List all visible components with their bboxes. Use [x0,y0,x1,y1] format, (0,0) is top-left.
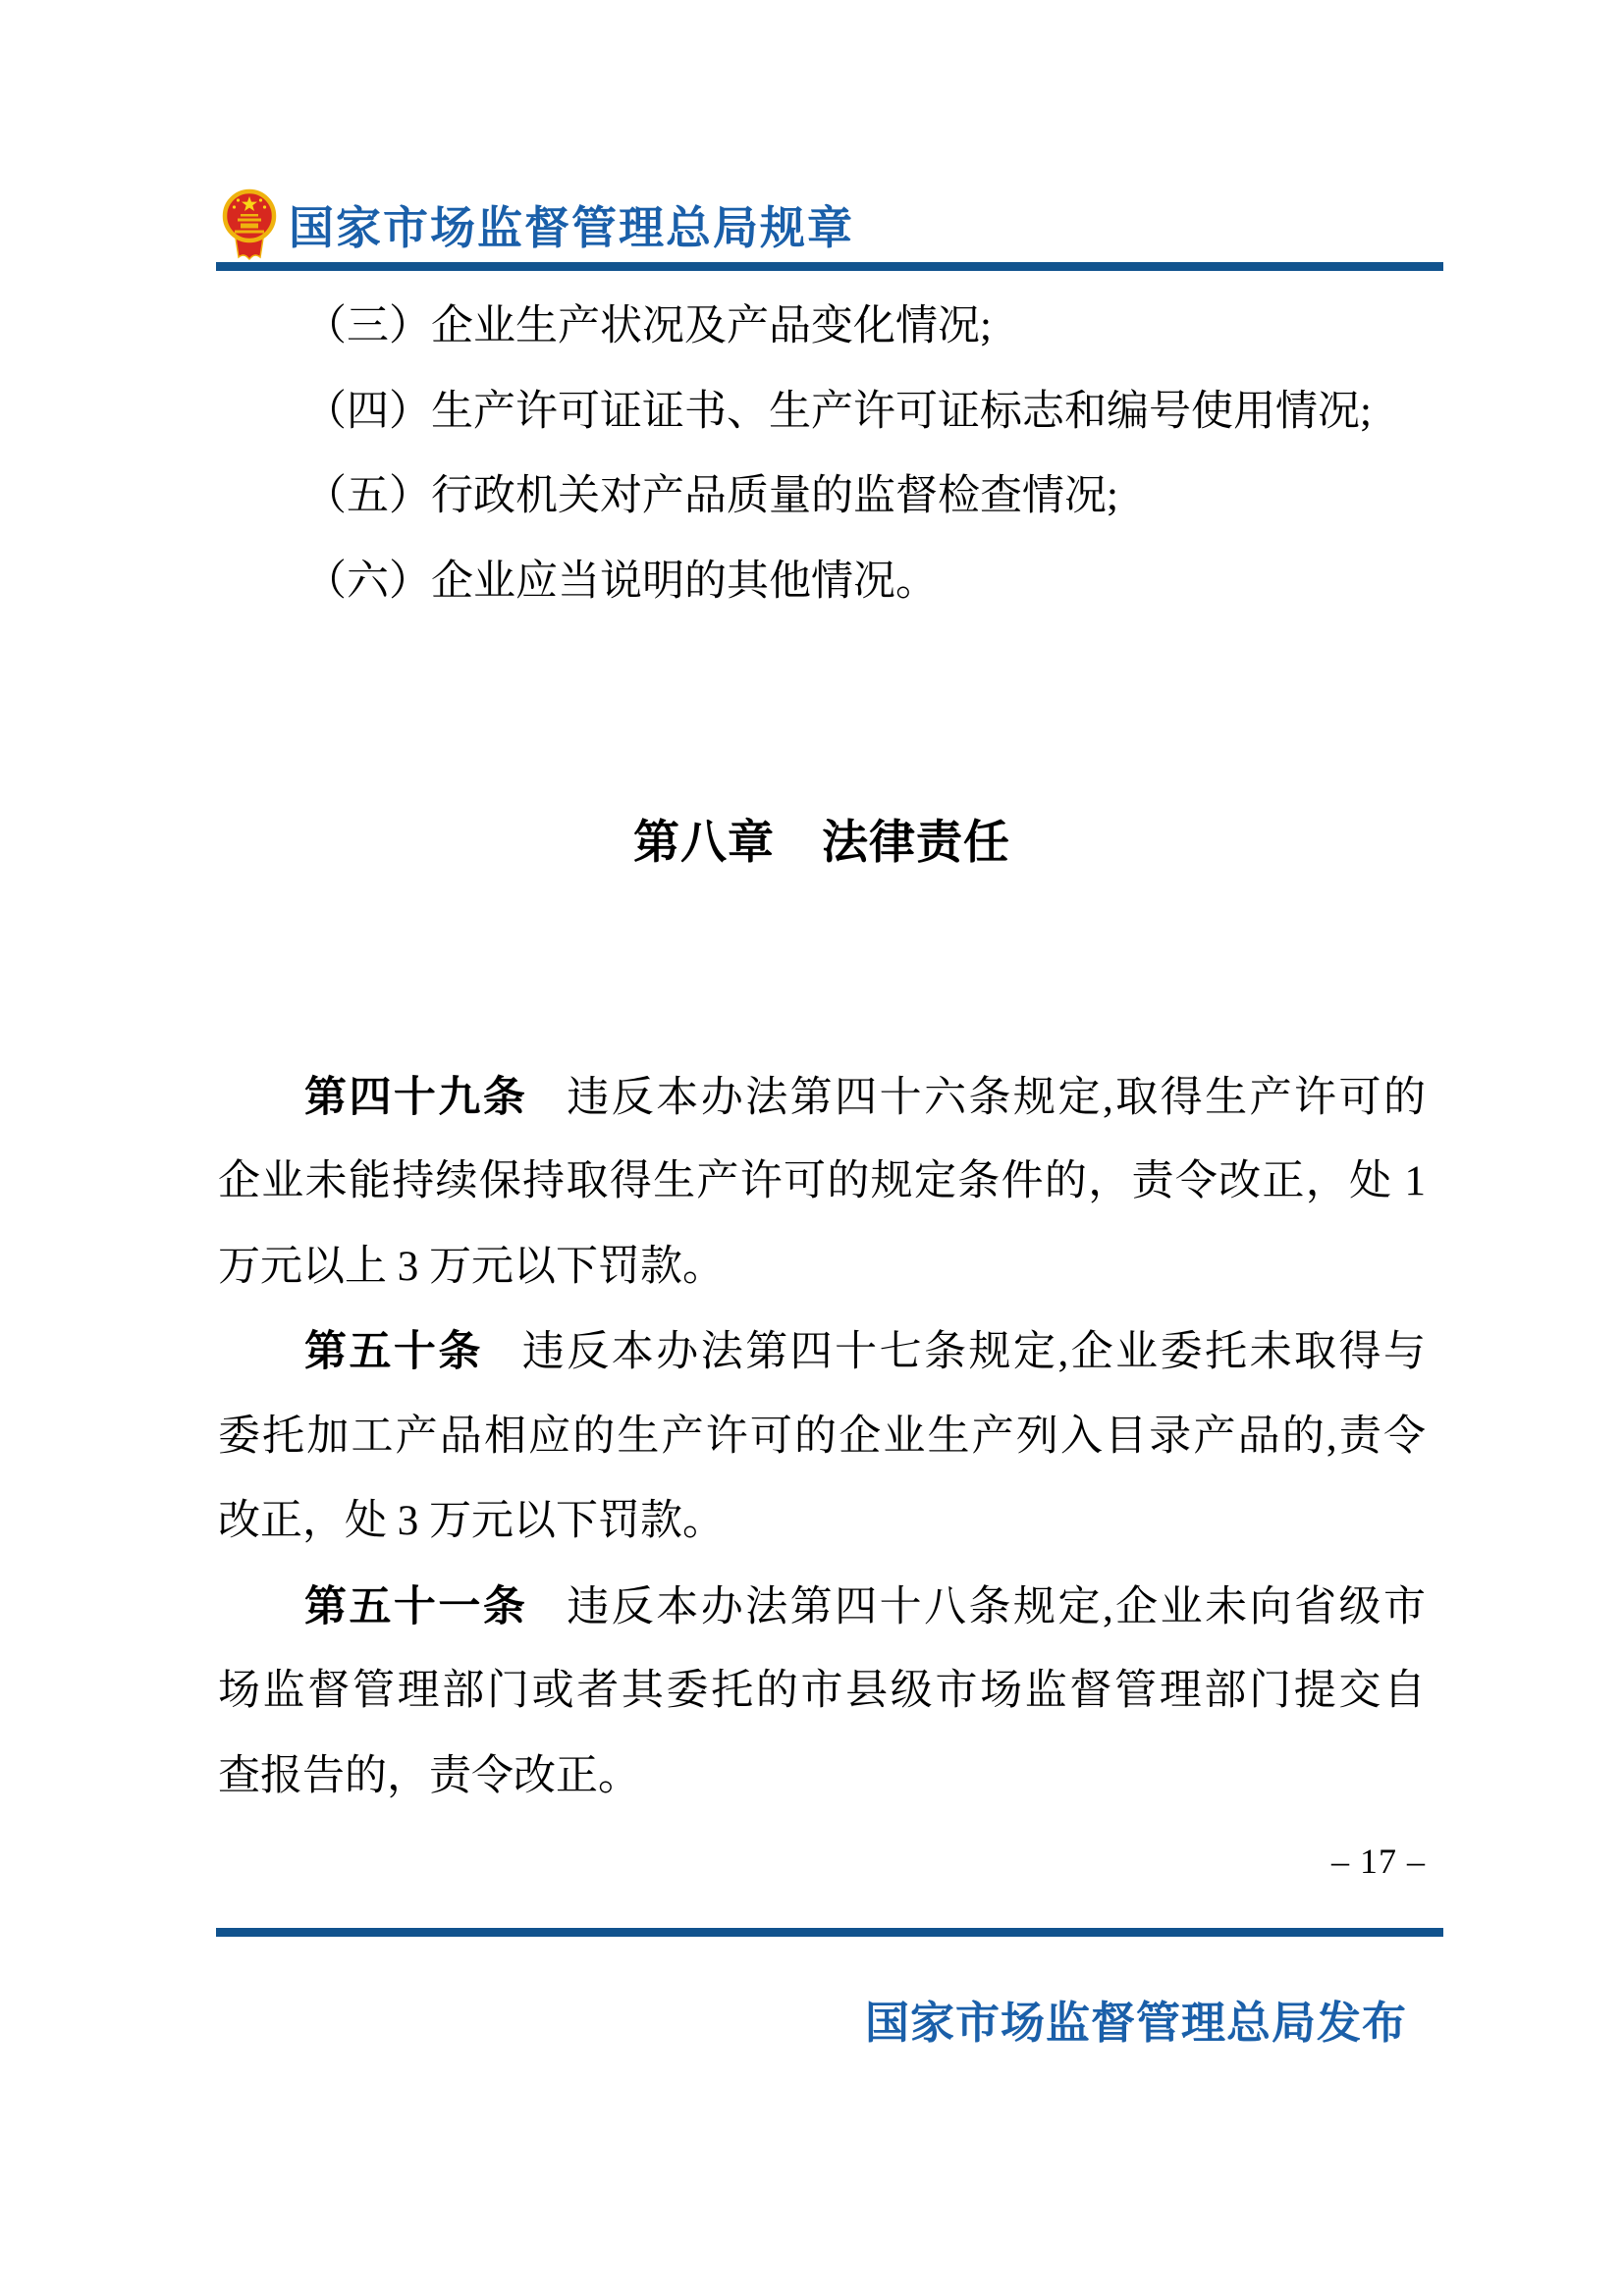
article-number: 第五十一条 [304,1583,527,1630]
list-item-6: （六）企业应当说明的其他情况。 [218,540,1426,625]
header-title: 国家市场监督管理总局规章 [289,192,854,257]
article-text: 违反本办法第四十六条规定,取得生产许可的 [567,1075,1426,1121]
article-line: 万元以上 3 万元以下罚款。 [218,1225,1426,1310]
footer-rule [216,1928,1443,1937]
article-line: 改正，处 3 万元以下罚款。 [218,1479,1426,1565]
article-line: 企业未能持续保持取得生产许可的规定条件的，责令改正，处 1 [218,1140,1426,1225]
header-rule [216,262,1443,271]
document-page: 国家市场监督管理总局规章 （三）企业生产状况及产品变化情况; （四）生产许可证证… [0,0,1624,2296]
article-line: 场监督管理部门或者其委托的市县级市场监督管理部门提交自 [218,1649,1426,1735]
list-item-5: （五）行政机关对产品质量的监督检查情况; [218,454,1426,540]
article-text: 违反本办法第四十七条规定,企业委托未取得与 [522,1329,1426,1375]
article-text: 违反本办法第四十八条规定,企业未向省级市 [567,1584,1426,1630]
publisher-text: 国家市场监督管理总局发布 [865,1987,1407,2051]
list-item-3: （三）企业生产状况及产品变化情况; [218,285,1426,370]
article-line: 第四十九条违反本办法第四十六条规定,取得生产许可的 [218,1055,1426,1141]
national-emblem-icon [222,188,277,263]
article-number: 第四十九条 [304,1074,527,1121]
article-line: 查报告的，责令改正。 [218,1735,1426,1820]
list-item-4: （四）生产许可证证书、生产许可证标志和编号使用情况; [218,370,1426,455]
article-50: 第五十条违反本办法第四十七条规定,企业委托未取得与 委托加工产品相应的生产许可的… [218,1309,1426,1565]
article-49: 第四十九条违反本办法第四十六条规定,取得生产许可的 企业未能持续保持取得生产许可… [218,1055,1426,1310]
page-number: – 17 – [218,1837,1426,1886]
article-number: 第五十条 [304,1328,483,1375]
article-51: 第五十一条违反本办法第四十八条规定,企业未向省级市 场监督管理部门或者其委托的市… [218,1565,1426,1820]
article-line: 第五十条违反本办法第四十七条规定,企业委托未取得与 [218,1309,1426,1395]
article-line: 委托加工产品相应的生产许可的企业生产列入目录产品的,责令 [218,1395,1426,1480]
chapter-heading: 第八章 法律责任 [218,800,1426,885]
article-line: 第五十一条违反本办法第四十八条规定,企业未向省级市 [218,1565,1426,1650]
document-body: （三）企业生产状况及产品变化情况; （四）生产许可证证书、生产许可证标志和编号使… [218,285,1426,1921]
